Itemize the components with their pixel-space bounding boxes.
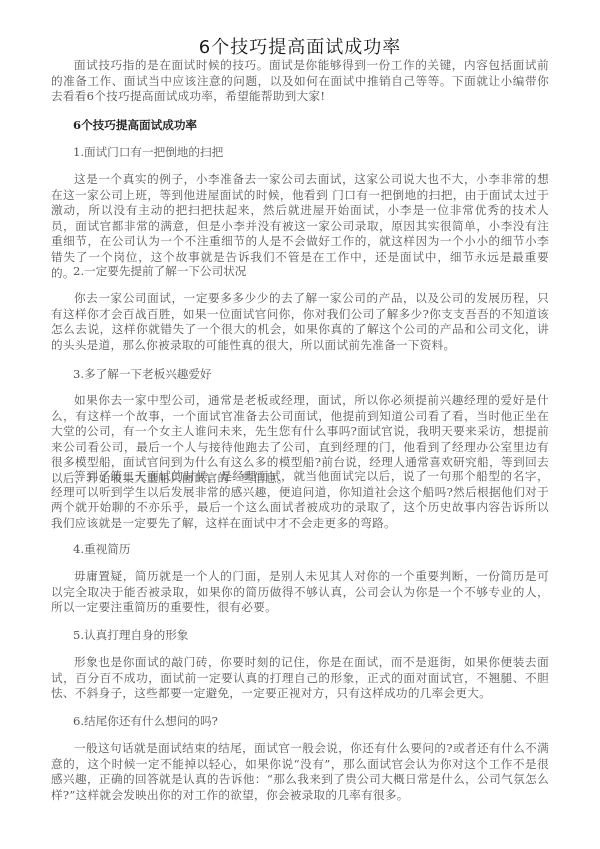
section-5-paragraph: 形象也是你面试的敲门砖，你要时刻的记住，你是在面试，而不是逛街，如果你便装去面试… bbox=[51, 655, 549, 702]
section-6-paragraph: 一般这句话就是面试结束的结尾，面试官一般会说，你还有什么要问的?或者还有什么不满… bbox=[51, 741, 549, 803]
section-heading-4: 4.重视简历 bbox=[73, 542, 130, 558]
section-4-paragraph: 毋庸置疑，简历就是一个人的门面，是别人未见其人对你的一个重要判断，一份简历是可以… bbox=[51, 569, 549, 616]
section-heading-1: 1.面试门口有一把倒地的扫把 bbox=[73, 145, 223, 161]
intro-paragraph: 面试技巧指的是在面试时候的技巧。面试是你能够得到一份工作的关键，内容包括面试前的… bbox=[51, 58, 549, 105]
section-heading-3: 3.多了解一下老板兴趣爱好 bbox=[73, 367, 212, 383]
section-heading-5: 5.认真打理自身的形象 bbox=[73, 628, 188, 644]
section-subtitle: 6个技巧提高面试成功率 bbox=[73, 118, 197, 134]
section-heading-2: 2.一定要先提前了解一下公司状况 bbox=[73, 264, 246, 280]
document-title: 6个技巧提高面试成功率 bbox=[51, 36, 549, 60]
section-3-paragraph-2: 等到了第二天面试的时候，是经理面试，就当他面试完以后，说了一句那个船型的名字，经… bbox=[51, 469, 549, 531]
section-2-paragraph: 你去一家公司面试，一定要多多少少的去了解一家公司的产品，以及公司的发展历程，只有… bbox=[51, 291, 549, 353]
section-heading-6: 6.结尾你还有什么想问的吗? bbox=[73, 714, 218, 730]
